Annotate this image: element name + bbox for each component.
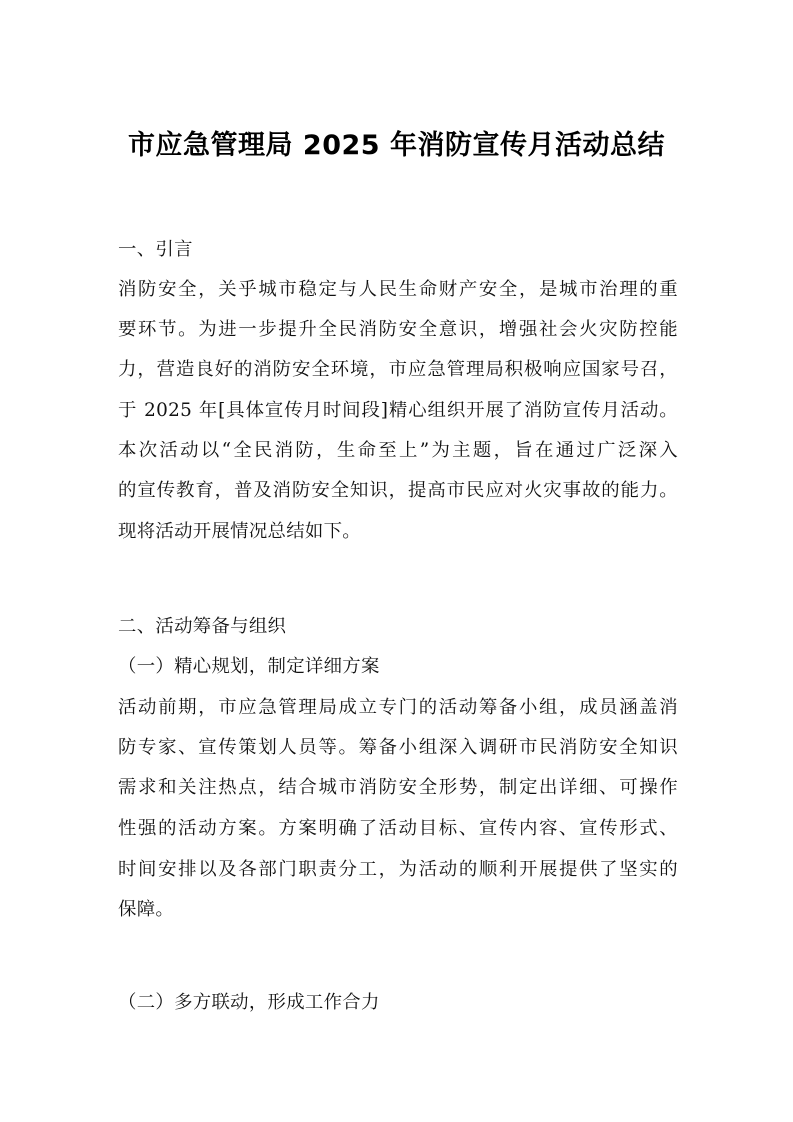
document-page: 市应急管理局 2025 年消防宣传月活动总结 一、引言 消防安全，关乎城市稳定与… [0, 0, 793, 1122]
paragraph-line: 活动前期，市应急管理局成立专门的活动筹备小组，成员涵盖消 [118, 694, 678, 722]
section-heading-preparation: 二、活动筹备与组织 [118, 613, 678, 641]
paragraph-line: 防专家、宣传策划人员等。筹备小组深入调研市民消防安全知识 [118, 734, 678, 762]
paragraph-line: 时间安排以及各部门职责分工，为活动的顺利开展提供了坚实的 [118, 856, 678, 884]
subsection-heading-planning: （一）精心规划，制定详细方案 [118, 653, 678, 681]
paragraph-line: 本次活动以“全民消防，生命至上”为主题，旨在通过广泛深入 [118, 437, 678, 465]
paragraph-line: 于 2025 年[具体宣传月时间段]精心组织开展了消防宣传月活动。 [118, 397, 678, 425]
paragraph-line: 现将活动开展情况总结如下。 [118, 518, 678, 546]
paragraph-line: 保障。 [118, 896, 678, 924]
document-title: 市应急管理局 2025 年消防宣传月活动总结 [0, 126, 793, 166]
paragraph-line: 力，营造良好的消防安全环境，市应急管理局积极响应国家号召， [118, 356, 678, 384]
subsection-heading-coordination: （二）多方联动，形成工作合力 [118, 989, 678, 1017]
section-heading-intro: 一、引言 [118, 236, 678, 264]
paragraph-line: 性强的活动方案。方案明确了活动目标、宣传内容、宣传形式、 [118, 815, 678, 843]
paragraph-line: 要环节。为进一步提升全民消防安全意识，增强社会火灾防控能 [118, 316, 678, 344]
paragraph-line: 消防安全，关乎城市稳定与人民生命财产安全，是城市治理的重 [118, 276, 678, 304]
paragraph-line: 的宣传教育，普及消防安全知识，提高市民应对火灾事故的能力。 [118, 477, 678, 505]
paragraph-line: 需求和关注热点，结合城市消防安全形势，制定出详细、可操作 [118, 774, 678, 802]
